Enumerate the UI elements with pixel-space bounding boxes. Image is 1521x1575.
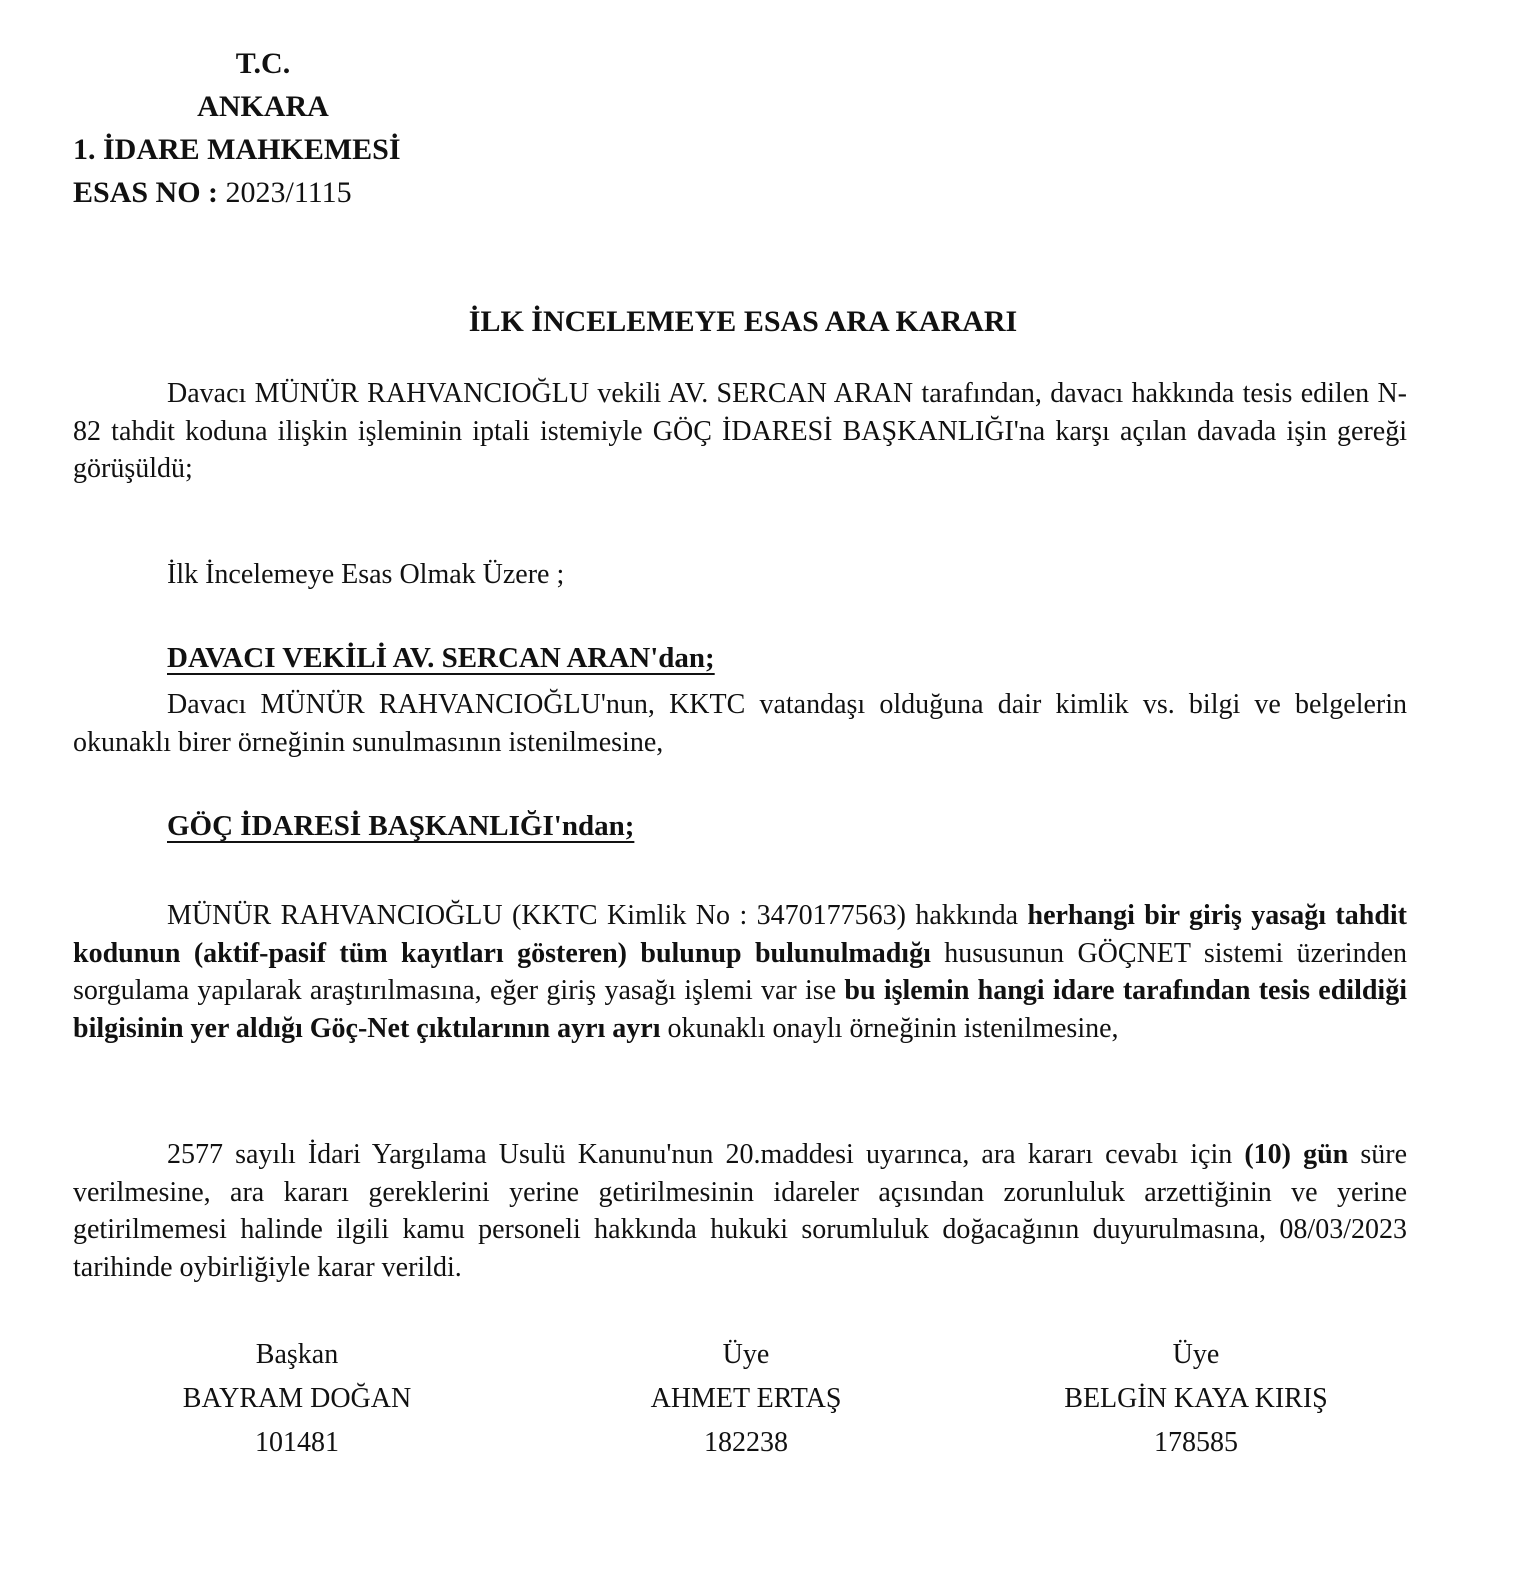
city-label: ANKARA <box>73 85 453 128</box>
closing-paragraph: 2577 sayılı İdari Yargılama Usulü Kanunu… <box>73 1136 1407 1286</box>
signature-id: 178585 <box>986 1421 1406 1465</box>
closing-bold-part: (10) gün <box>1244 1139 1348 1170</box>
case-number-value: 2023/1115 <box>226 176 352 209</box>
agency-text-part: okunaklı onaylı örneğinin istenilmesine, <box>660 1013 1118 1044</box>
country-label: T.C. <box>73 42 453 85</box>
signature-id: 101481 <box>87 1421 507 1465</box>
agency-section-heading: GÖÇ İDARESİ BAŞKANLIĞI'ndan; <box>167 810 634 843</box>
court-name: 1. İDARE MAHKEMESİ <box>73 128 453 171</box>
signature-president: Başkan BAYRAM DOĞAN 101481 <box>87 1333 507 1465</box>
signature-name: AHMET ERTAŞ <box>536 1377 956 1421</box>
closing-text-part: 2577 sayılı İdari Yargılama Usulü Kanunu… <box>167 1139 1244 1170</box>
signature-name: BAYRAM DOĞAN <box>87 1377 507 1421</box>
plaintiff-section-text: Davacı MÜNÜR RAHVANCIOĞLU'nun, KKTC vata… <box>73 686 1407 761</box>
agency-section-text: MÜNÜR RAHVANCIOĞLU (KKTC Kimlik No : 347… <box>73 897 1407 1047</box>
signature-role: Başkan <box>87 1333 507 1377</box>
signature-name: BELGİN KAYA KIRIŞ <box>986 1377 1406 1421</box>
signature-member-2: Üye BELGİN KAYA KIRIŞ 178585 <box>986 1333 1406 1465</box>
document-title: İLK İNCELEMEYE ESAS ARA KARARI <box>0 305 1486 339</box>
signature-role: Üye <box>536 1333 956 1377</box>
signature-role: Üye <box>986 1333 1406 1377</box>
preface-line: İlk İncelemeye Esas Olmak Üzere ; <box>73 556 1407 594</box>
case-number-label: ESAS NO : <box>73 176 218 209</box>
intro-paragraph: Davacı MÜNÜR RAHVANCIOĞLU vekili AV. SER… <box>73 375 1407 488</box>
signature-member-1: Üye AHMET ERTAŞ 182238 <box>536 1333 956 1465</box>
plaintiff-section-heading: DAVACI VEKİLİ AV. SERCAN ARAN'dan; <box>167 642 715 675</box>
court-header: T.C. ANKARA 1. İDARE MAHKEMESİ ESAS NO :… <box>73 42 453 214</box>
signature-id: 182238 <box>536 1421 956 1465</box>
case-number: ESAS NO : 2023/1115 <box>73 171 453 214</box>
agency-text-part: MÜNÜR RAHVANCIOĞLU (KKTC Kimlik No : 347… <box>167 900 1028 931</box>
